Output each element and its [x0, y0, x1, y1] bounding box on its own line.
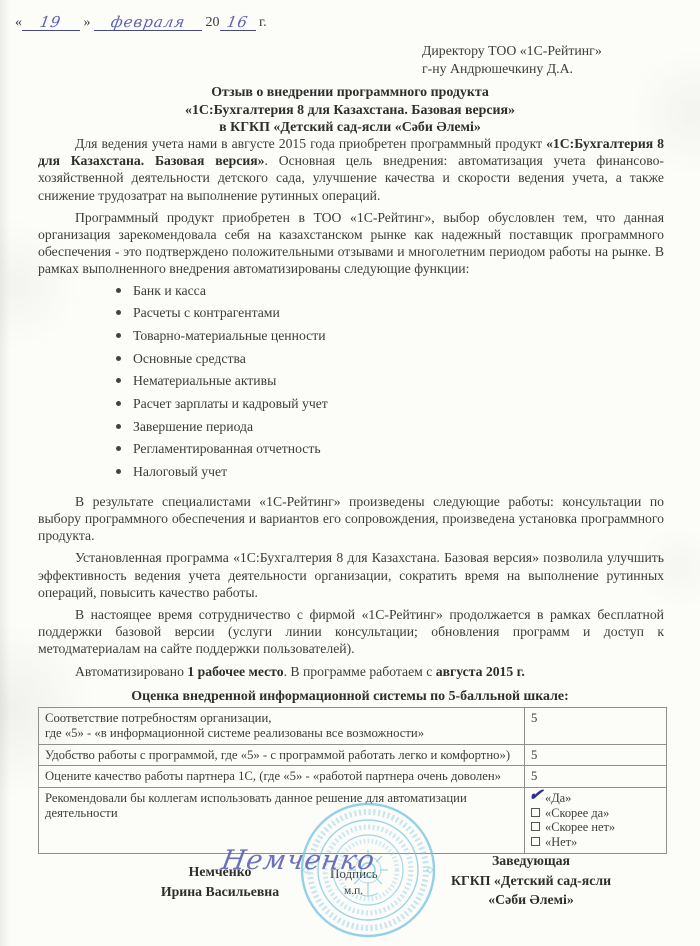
date-line: «19 » февраля 2016 г.	[15, 14, 267, 31]
list-item: Банк и касса	[116, 283, 664, 306]
date-suffix: г.	[259, 15, 267, 30]
bullet-icon	[116, 424, 121, 429]
list-item-label: Регламентированная отчетность	[133, 441, 321, 456]
date-open-quote: «	[15, 15, 22, 30]
signer-position-block: Заведующая КГКП «Детский сад-ясли «Сәби …	[412, 851, 650, 910]
list-item-label: Расчеты с контрагентами	[133, 305, 280, 320]
handwritten-check-icon: ✔	[528, 788, 544, 803]
checkbox-checked-icon: ✔	[531, 793, 540, 802]
checkbox-icon	[531, 837, 540, 846]
date-year-prefix: 20	[206, 15, 220, 30]
paragraph-6-mid: . В программе работаем с	[284, 664, 436, 679]
option-skoree-da: «Скорее да»	[531, 806, 660, 821]
rating-table-title: Оценка внедренной информационной системы…	[0, 689, 700, 705]
checkbox-icon	[531, 808, 540, 817]
title-line3: в КГКП «Детский сад-ясли «Сәби Әлемі»	[0, 119, 700, 137]
table-row: Соответствие потребностям организации, г…	[39, 708, 667, 745]
position-line1: Заведующая	[412, 851, 650, 871]
bullet-icon	[116, 288, 121, 293]
position-line3: «Сәби Әлемі»	[412, 890, 650, 910]
list-item-label: Расчет зарплаты и кадровый учет	[133, 396, 328, 411]
addressee-line2: г-ну Андрюшечкину Д.А.	[422, 60, 602, 78]
paragraph-1: Для ведения учета нами в августе 2015 го…	[38, 135, 664, 204]
option-label: «Нет»	[545, 835, 577, 849]
date-year-blank: 16	[220, 14, 256, 31]
score-value: 5	[525, 744, 667, 766]
paragraph-3: В результате специалистами «1С-Рейтинг» …	[38, 493, 664, 545]
list-item: Завершение периода	[116, 419, 664, 442]
table-row: Оцените качество работы партнера 1С, (гд…	[39, 766, 667, 788]
option-net: «Нет»	[531, 835, 660, 850]
functions-list: Банк и касса Расчеты с контрагентами Тов…	[38, 283, 664, 487]
list-item: Расчеты с контрагентами	[116, 305, 664, 328]
criterion-cell: Оцените качество работы партнера 1С, (гд…	[39, 766, 525, 788]
criterion-cell: Удобство работы с программой, где «5» - …	[39, 744, 525, 766]
signer-firstname: Ирина Васильевна	[140, 882, 300, 902]
table-row: Удобство работы с программой, где «5» - …	[39, 744, 667, 766]
title-line1: Отзыв о внедрении программного продукта	[0, 84, 700, 102]
list-item-label: Товарно-материальные ценности	[133, 328, 326, 343]
score-value: 5	[525, 766, 667, 788]
paragraph-4: Установленная программа «1С:Бухгалтерия …	[38, 549, 664, 601]
list-item: Налоговый учет	[116, 464, 664, 487]
option-label: «Скорее нет»	[545, 820, 615, 834]
bullet-icon	[116, 378, 121, 383]
list-item-label: Нематериальные активы	[133, 373, 276, 388]
list-item: Основные средства	[116, 351, 664, 374]
options-cell: ✔«Да» «Скорее да» «Скорее нет» «Нет»	[525, 788, 667, 853]
date-close-quote: »	[84, 15, 91, 30]
date-month-blank: февраля	[94, 14, 202, 31]
list-item-label: Основные средства	[133, 351, 246, 366]
date-month-handwritten: февраля	[110, 15, 187, 29]
paragraph-6-text: Автоматизировано	[75, 664, 187, 679]
paragraph-5: В настоящее время сотрудничество с фирмо…	[38, 606, 664, 658]
bullet-icon	[116, 356, 121, 361]
bullet-icon	[116, 333, 121, 338]
criterion-line2: где «5» - «в информационной системе реал…	[45, 726, 518, 741]
list-item: Регламентированная отчетность	[116, 441, 664, 464]
option-da: ✔«Да»	[531, 791, 660, 806]
document-title: Отзыв о внедрении программного продукта …	[0, 84, 700, 137]
option-skoree-net: «Скорее нет»	[531, 820, 660, 835]
list-item-label: Банк и касса	[133, 283, 206, 298]
criterion-cell: Соответствие потребностям организации, г…	[39, 708, 525, 745]
date-day-handwritten: 19	[39, 15, 63, 29]
criterion-line1: Соответствие потребностям организации,	[45, 711, 518, 726]
date-year-handwritten: 16	[226, 15, 250, 29]
list-item: Расчет зарплаты и кадровый учет	[116, 396, 664, 419]
list-item: Нематериальные активы	[116, 373, 664, 396]
option-label: «Скорее да»	[545, 806, 609, 820]
score-value: 5	[525, 708, 667, 745]
position-line2: КГКП «Детский сад-ясли	[412, 871, 650, 891]
paragraph-6: Автоматизировано 1 рабочее место. В прог…	[38, 663, 664, 680]
criterion-cell: Рекомендовали бы коллегам использовать д…	[39, 788, 525, 853]
bullet-icon	[116, 446, 121, 451]
bullet-icon	[116, 401, 121, 406]
bullet-icon	[116, 469, 121, 474]
list-item-label: Завершение периода	[133, 419, 253, 434]
addressee-line1: Директору ТОО «1С-Рейтинг»	[422, 42, 602, 60]
checkbox-icon	[531, 822, 540, 831]
title-line2: «1С:Бухгалтерия 8 для Казахстана. Базова…	[0, 102, 700, 120]
bullet-icon	[116, 310, 121, 315]
paragraph-2: Программный продукт приобретен в ТОО «1С…	[38, 209, 664, 278]
date-day-blank: 19	[22, 14, 80, 31]
paragraph-6-bold-date: августа 2015 г.	[436, 664, 525, 679]
handwritten-signature: Немченко	[219, 845, 377, 876]
option-label: «Да»	[545, 791, 571, 805]
addressee-block: Директору ТОО «1С-Рейтинг» г-ну Андрюшеч…	[422, 42, 602, 78]
document-body: Для ведения учета нами в августе 2015 го…	[38, 135, 664, 685]
paragraph-1-text: Для ведения учета нами в августе 2015 го…	[75, 136, 546, 151]
list-item-label: Налоговый учет	[133, 464, 227, 479]
paragraph-6-bold-workplace: 1 рабочее место	[187, 664, 283, 679]
list-item: Товарно-материальные ценности	[116, 328, 664, 351]
